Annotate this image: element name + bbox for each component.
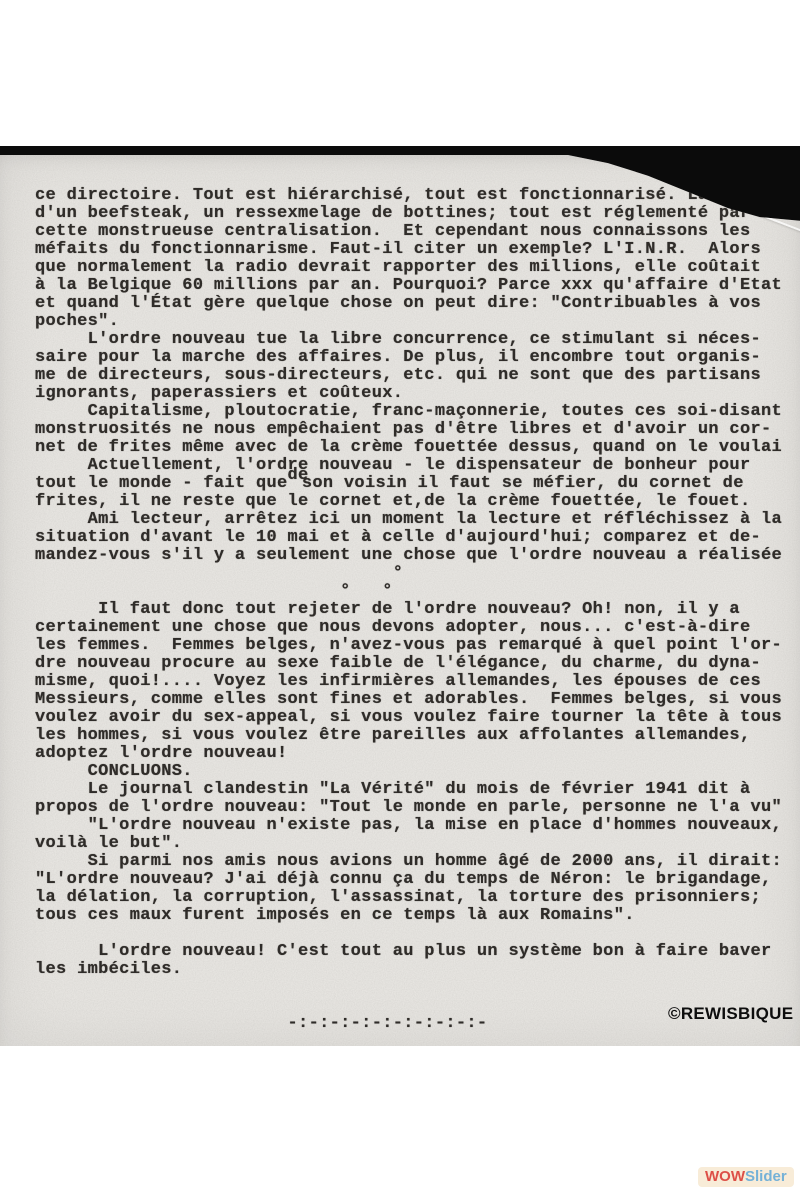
text-line: monstruosités ne nous empêchaient pas d'… [35, 421, 800, 439]
wowslider-badge[interactable]: WOWSlider [698, 1167, 794, 1187]
text-line: poches". [35, 313, 800, 331]
text-line: Actuellement, l'ordre nouveau - le dispe… [35, 457, 800, 475]
text-line: tous ces maux furent imposés en ce temps… [35, 907, 800, 925]
scanned-page: ce directoire. Tout est hiérarchisé, tou… [0, 0, 800, 1200]
text-line: Il faut donc tout rejeter de l'ordre nou… [35, 601, 800, 619]
text-line: propos de l'ordre nouveau: "Tout le mond… [35, 799, 800, 817]
text-line: les imbéciles. [35, 961, 800, 979]
text-line: L'ordre nouveau! C'est tout au plus un s… [35, 943, 800, 961]
inserted-correction-word: de [288, 467, 302, 485]
text-line: ce directoire. Tout est hiérarchisé, tou… [35, 187, 800, 205]
typewritten-text: ce directoire. Tout est hiérarchisé, tou… [35, 187, 800, 1033]
text-line: ° [35, 565, 800, 583]
copyright-watermark: ©REWISBIQUE [668, 1004, 793, 1024]
text-line: certainement une chose que nous devons a… [35, 619, 800, 637]
text-line: mandez-vous s'il y a seulement une chose… [35, 547, 800, 565]
text-segment: tout le monde - fait que [35, 474, 288, 493]
text-line: et quand l'État gère quelque chose on pe… [35, 295, 800, 313]
text-line: CONCLUONS. [35, 763, 800, 781]
text-line: voilà le but". [35, 835, 800, 853]
wowslider-slider-label: Slider [745, 1168, 787, 1185]
text-line: frites, il ne reste que le cornet et,de … [35, 493, 800, 511]
text-line: Messieurs, comme elles sont fines et ado… [35, 691, 800, 709]
text-line: les hommes, si vous voulez être pareille… [35, 727, 800, 745]
text-line: dre nouveau procure au sexe faible de l'… [35, 655, 800, 673]
text-line: net de frites même avec de la crème foue… [35, 439, 800, 457]
text-line: les femmes. Femmes belges, n'avez-vous p… [35, 637, 800, 655]
text-line: que normalement la radio devrait rapport… [35, 259, 800, 277]
text-line: Ami lecteur, arrêtez ici un moment la le… [35, 511, 800, 529]
text-line: me de directeurs, sous-directeurs, etc. … [35, 367, 800, 385]
text-line: Si parmi nos amis nous avions un homme â… [35, 853, 800, 871]
text-line: misme, quoi!.... Voyez les infirmières a… [35, 673, 800, 691]
text-line: L'ordre nouveau tue la libre concurrence… [35, 331, 800, 349]
text-line: Le journal clandestin "La Vérité" du moi… [35, 781, 800, 799]
text-line: saire pour la marche des affaires. De pl… [35, 349, 800, 367]
text-line: voulez avoir du sex-appeal, si vous voul… [35, 709, 800, 727]
text-segment: son voisin il faut se méfier, du cornet … [302, 474, 744, 493]
text-line: cette monstrueuse centralisation. Et cep… [35, 223, 800, 241]
text-line [35, 925, 800, 943]
text-line: d'un beefsteak, un ressexmelage de botti… [35, 205, 800, 223]
paper-sheet: ce directoire. Tout est hiérarchisé, tou… [0, 146, 800, 1046]
text-line: "L'ordre nouveau n'existe pas, la mise e… [35, 817, 800, 835]
text-line: à la Belgique 60 millions par an. Pourqu… [35, 277, 800, 295]
text-line: ° ° [35, 583, 800, 601]
wowslider-wow-label: WOW [705, 1168, 745, 1185]
text-line: la délation, la corruption, l'assassinat… [35, 889, 800, 907]
text-line: adoptez l'ordre nouveau! [35, 745, 800, 763]
scan-background: ce directoire. Tout est hiérarchisé, tou… [0, 146, 800, 1046]
text-line: ignorants, paperassiers et coûteux. [35, 385, 800, 403]
text-line: Capitalisme, ploutocratie, franc-maçonne… [35, 403, 800, 421]
text-line: "L'ordre nouveau? J'ai déjà connu ça du … [35, 871, 800, 889]
text-line: méfaits du fonctionnarisme. Faut-il cite… [35, 241, 800, 259]
text-line: tout le monde - fait quedeson voisin il … [35, 475, 800, 493]
text-line [35, 979, 800, 997]
text-line: situation d'avant le 10 mai et à celle d… [35, 529, 800, 547]
